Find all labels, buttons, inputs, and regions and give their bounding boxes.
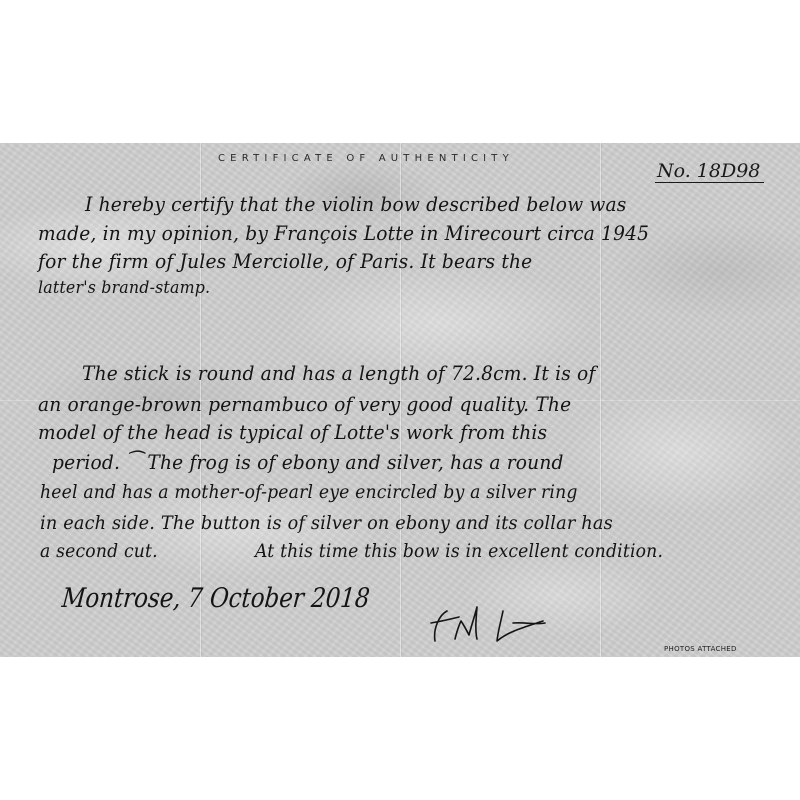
paragraph-2-line: heel and has a mother-of-pearl eye encir… [40, 482, 578, 503]
page: CERTIFICATE OF AUTHENTICITY No. 18D98 I … [0, 0, 800, 800]
paragraph-2-line: model of the head is typical of Lotte's … [38, 420, 547, 444]
signature [425, 601, 555, 645]
paragraph-1-line: I hereby certify that the violin bow des… [85, 192, 627, 216]
paragraph-1-line: for the firm of Jules Merciolle, of Pari… [38, 249, 532, 273]
paragraph-2-line: The stick is round and has a length of 7… [82, 361, 596, 385]
paragraph-2-line: an orange-brown pernambuco of very good … [38, 392, 571, 416]
paragraph-2-line: a second cut. [40, 541, 158, 562]
condition-statement: At this time this bow is in excellent co… [255, 541, 663, 562]
paragraph-2-line: in each side. The button is of silver on… [40, 512, 613, 534]
paragraph-1-line: made, in my opinion, by François Lotte i… [38, 221, 649, 245]
photos-attached-note: PHOTOS ATTACHED [664, 645, 737, 653]
place-and-date: Montrose, 7 October 2018 [61, 583, 371, 614]
paragraph-2-line: period. ⁀ The frog is of ebony and silve… [52, 450, 564, 474]
paragraph-1-line: latter's brand-stamp. [38, 278, 210, 298]
certificate-title: CERTIFICATE OF AUTHENTICITY [218, 153, 514, 164]
certificate-number: No. 18D98 [655, 161, 764, 183]
certificate-paper: CERTIFICATE OF AUTHENTICITY No. 18D98 I … [0, 143, 800, 657]
